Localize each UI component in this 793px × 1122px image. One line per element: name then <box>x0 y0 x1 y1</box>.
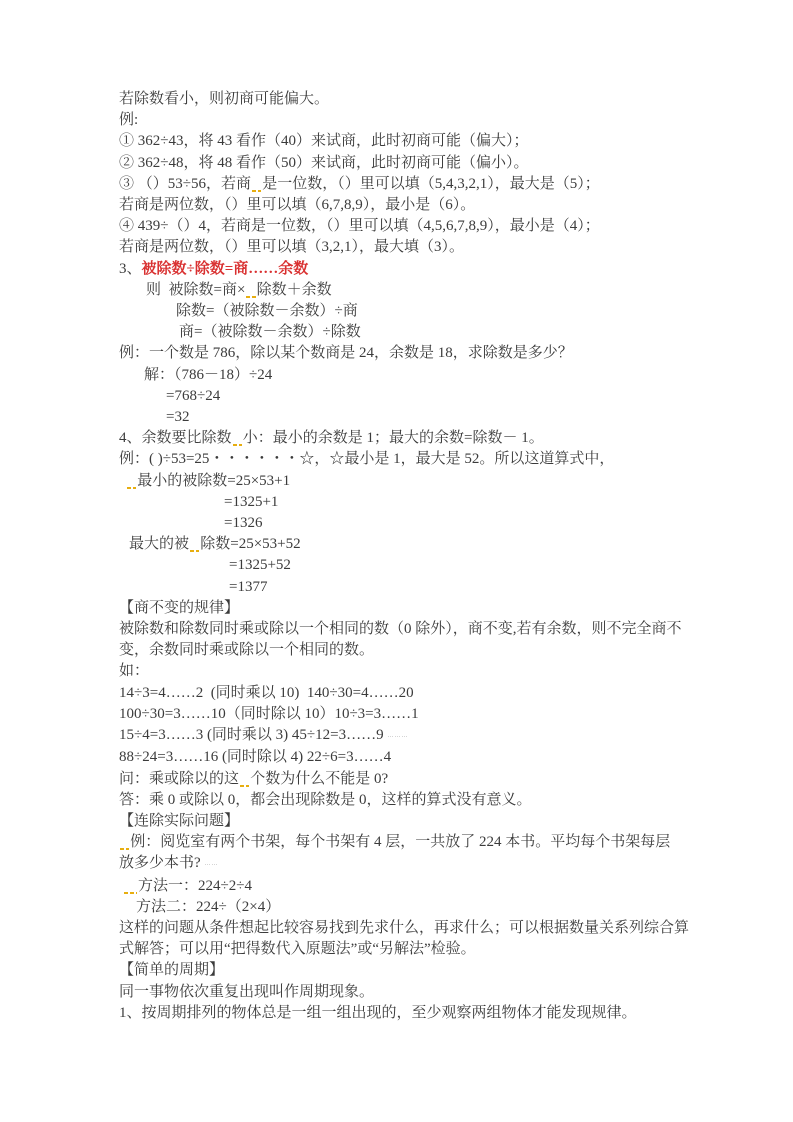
text-run: 例: <box>119 112 138 128</box>
text-run: 若商是两位数，（）里可以填（3,2,1），最大填（3）。 <box>119 239 464 255</box>
text-line: 最大的被 除数=25×53+52 <box>119 534 719 555</box>
text-run: 88÷24=3……16 (同时除以 4) 22÷6=3……4 <box>119 749 391 765</box>
text-run: 是一位数，（）里可以填（5,4,3,2,1），最大是（5）； <box>262 176 600 192</box>
text-line: 放多少本书? …… <box>119 853 719 875</box>
text-line: =1325+52 <box>119 555 719 576</box>
text-line: 4、余数要比除数 小：最小的余数是 1；最大的余数=除数－ 1。 <box>119 428 719 449</box>
text-run: 例：( )÷53=25・・・・・・☆，☆最小是 1，最大是 52。所以这道算式中… <box>119 451 614 467</box>
spellcheck-squiggle-mark <box>251 174 262 195</box>
text-run: 如： <box>119 663 149 679</box>
text-run: 最小的被除数=25×53+1 <box>137 473 290 489</box>
text-line: 15÷4=3……3 (同时乘以 3) 45÷12=3……9 ……… <box>119 725 719 747</box>
text-run: 14÷3=4……2 (同时乘以 10) 140÷30=4……20 <box>119 685 414 701</box>
text-line: 100÷30=3……10（同时除以 10）10÷3=3……1 <box>119 704 719 725</box>
text-line: 若商是两位数，（）里可以填（6,7,8,9），最小是（6）。 <box>119 195 719 216</box>
tiny-annotation-text: …… <box>204 861 218 867</box>
text-line: 【连除实际问题】 <box>119 811 719 832</box>
section-heading-red: 被除数÷除数=商……余数 <box>142 261 309 277</box>
text-run: 1、按周期排列的物体总是一组一组出现的，至少观察两组物体才能发现规律。 <box>119 1005 637 1021</box>
text-run: =1326 <box>224 515 262 531</box>
text-line: ③ （）53÷56，若商 是一位数，（）里可以填（5,4,3,2,1），最大是（… <box>119 174 719 195</box>
spellcheck-squiggle-mark <box>239 769 250 790</box>
tiny-annotation-text: ……… <box>387 733 408 739</box>
text-line: 【商不变的规律】 <box>119 598 719 619</box>
text-line: 1、按周期排列的物体总是一组一组出现的，至少观察两组物体才能发现规律。 <box>119 1003 719 1024</box>
text-line: 例：阅览室有两个书架，每个书架有 4 层，一共放了 224 本书。平均每个书架每… <box>119 832 719 853</box>
text-line: 方法二：224÷（2×4） <box>119 897 719 918</box>
text-line: 答：乘 0 或除以 0，都会出现除数是 0，这样的算式没有意义。 <box>119 790 719 811</box>
text-run: 被除数和除数同时乘或除以一个相同的数（0 除外），商不变,若有余数，则不完全商不 <box>119 621 682 637</box>
text-line: ④ 439÷（）4，若商是一位数，（）里可以填（4,5,6,7,8,9），最小是… <box>119 216 719 237</box>
text-line: 如： <box>119 661 719 682</box>
text-run: ② 362÷48，将 48 看作（50）来试商，此时初商可能（偏小）。 <box>119 155 529 171</box>
text-run: ④ 439÷（）4，若商是一位数，（）里可以填（4,5,6,7,8,9），最小是… <box>119 218 600 234</box>
text-run: ① 362÷43，将 43 看作（40）来试商，此时初商可能（偏大）； <box>119 133 529 149</box>
text-run: 若商是两位数，（）里可以填（6,7,8,9），最小是（6）。 <box>119 197 475 213</box>
text-line: 这样的问题从条件想起比较容易找到先求什么，再求什么；可以根据数量关系列综合算 <box>119 918 719 939</box>
text-line: 则 被除数=商× 除数＋余数 <box>119 280 719 301</box>
text-run: =1325+52 <box>229 557 291 573</box>
text-run: 【商不变的规律】 <box>119 600 239 616</box>
text-run: 例：一个数是 786，除以某个数商是 24，余数是 18，求除数是多少？ <box>119 345 573 361</box>
text-run: 4、余数要比除数 <box>119 430 232 446</box>
text-run: =768÷24 <box>166 388 220 404</box>
text-line: 商=（被除数－余数）÷除数 <box>119 322 719 343</box>
text-run: 放多少本书? <box>119 855 204 871</box>
spellcheck-squiggle-mark <box>189 534 200 555</box>
text-run: 式解答；可以用“把得数代入原题法”或“另解法”检验。 <box>119 941 476 957</box>
spellcheck-squiggle-mark <box>119 832 130 853</box>
text-run: =1377 <box>229 579 267 595</box>
spellcheck-squiggle-mark <box>123 876 138 897</box>
text-line: 若除数看小，则初商可能偏大。 <box>119 89 719 110</box>
text-line: 解：（786－18）÷24 <box>119 365 719 386</box>
text-run: =1325+1 <box>224 494 278 510</box>
text-run: 解：（786－18）÷24 <box>144 367 272 383</box>
text-line: 方法一：224÷2÷4 <box>119 876 719 897</box>
text-line: 3、被除数÷除数=商……余数 <box>119 259 719 280</box>
text-line: 88÷24=3……16 (同时除以 4) 22÷6=3……4 <box>119 747 719 768</box>
spellcheck-squiggle-mark <box>232 428 243 449</box>
text-run: 【简单的周期】 <box>119 962 224 978</box>
document-content: 若除数看小，则初商可能偏大。例:① 362÷43，将 43 看作（40）来试商，… <box>119 89 719 1024</box>
text-run: 除数=25×53+52 <box>200 536 300 552</box>
text-run: 商=（被除数－余数）÷除数 <box>179 324 361 340</box>
text-line: 被除数和除数同时乘或除以一个相同的数（0 除外），商不变,若有余数，则不完全商不 <box>119 619 719 640</box>
text-run: 方法二：224÷（2×4） <box>136 899 280 915</box>
text-run: 变，余数同时乘或除以一个相同的数。 <box>119 642 374 658</box>
text-run: 3、 <box>119 261 142 277</box>
text-run: 同一事物依次重复出现叫作周期现象。 <box>119 984 374 1000</box>
text-run: 则 被除数=商× <box>146 282 245 298</box>
spellcheck-squiggle-mark <box>245 280 256 301</box>
text-line: 除数=（被除数－余数）÷商 <box>119 301 719 322</box>
text-line: 最小的被除数=25×53+1 <box>119 471 719 492</box>
text-line: =1325+1 <box>119 492 719 513</box>
text-run: 小：最小的余数是 1；最大的余数=除数－ 1。 <box>243 430 544 446</box>
text-line: 例：一个数是 786，除以某个数商是 24，余数是 18，求除数是多少？ <box>119 343 719 364</box>
text-run: 若除数看小，则初商可能偏大。 <box>119 91 329 107</box>
text-line: 14÷3=4……2 (同时乘以 10) 140÷30=4……20 <box>119 683 719 704</box>
text-line: =1326 <box>119 513 719 534</box>
text-line: 同一事物依次重复出现叫作周期现象。 <box>119 982 719 1003</box>
text-run: 除数＋余数 <box>257 282 332 298</box>
text-run: =32 <box>166 409 189 425</box>
text-line: 例：( )÷53=25・・・・・・☆，☆最小是 1，最大是 52。所以这道算式中… <box>119 449 719 470</box>
text-run: ③ （）53÷56，若商 <box>119 176 251 192</box>
text-line: 问：乘或除以的这 个数为什么不能是 0? <box>119 769 719 790</box>
text-run: 例：阅览室有两个书架，每个书架有 4 层，一共放了 224 本书。平均每个书架每… <box>130 834 670 850</box>
text-run: 除数=（被除数－余数）÷商 <box>176 303 358 319</box>
spellcheck-squiggle-mark <box>126 471 137 492</box>
text-run: 个数为什么不能是 0? <box>250 771 388 787</box>
text-line: 例: <box>119 110 719 131</box>
text-line: 变，余数同时乘或除以一个相同的数。 <box>119 640 719 661</box>
text-line: 【简单的周期】 <box>119 960 719 981</box>
text-run: 最大的被 <box>129 536 189 552</box>
text-line: 式解答；可以用“把得数代入原题法”或“另解法”检验。 <box>119 939 719 960</box>
text-line: =768÷24 <box>119 386 719 407</box>
text-run: 方法一：224÷2÷4 <box>138 878 252 894</box>
text-line: ① 362÷43，将 43 看作（40）来试商，此时初商可能（偏大）； <box>119 131 719 152</box>
text-run: 答：乘 0 或除以 0，都会出现除数是 0，这样的算式没有意义。 <box>119 792 532 808</box>
text-run: 这样的问题从条件想起比较容易找到先求什么，再求什么；可以根据数量关系列综合算 <box>119 920 689 936</box>
text-run: 问：乘或除以的这 <box>119 771 239 787</box>
text-line: 若商是两位数，（）里可以填（3,2,1），最大填（3）。 <box>119 237 719 258</box>
text-line: ② 362÷48，将 48 看作（50）来试商，此时初商可能（偏小）。 <box>119 153 719 174</box>
text-run: 【连除实际问题】 <box>119 813 239 829</box>
text-run: 100÷30=3……10（同时除以 10）10÷3=3……1 <box>119 706 419 722</box>
document-page: 若除数看小，则初商可能偏大。例:① 362÷43，将 43 看作（40）来试商，… <box>0 0 793 1122</box>
text-line: =32 <box>119 407 719 428</box>
text-run: 15÷4=3……3 (同时乘以 3) 45÷12=3……9 <box>119 727 387 743</box>
text-line: =1377 <box>119 577 719 598</box>
